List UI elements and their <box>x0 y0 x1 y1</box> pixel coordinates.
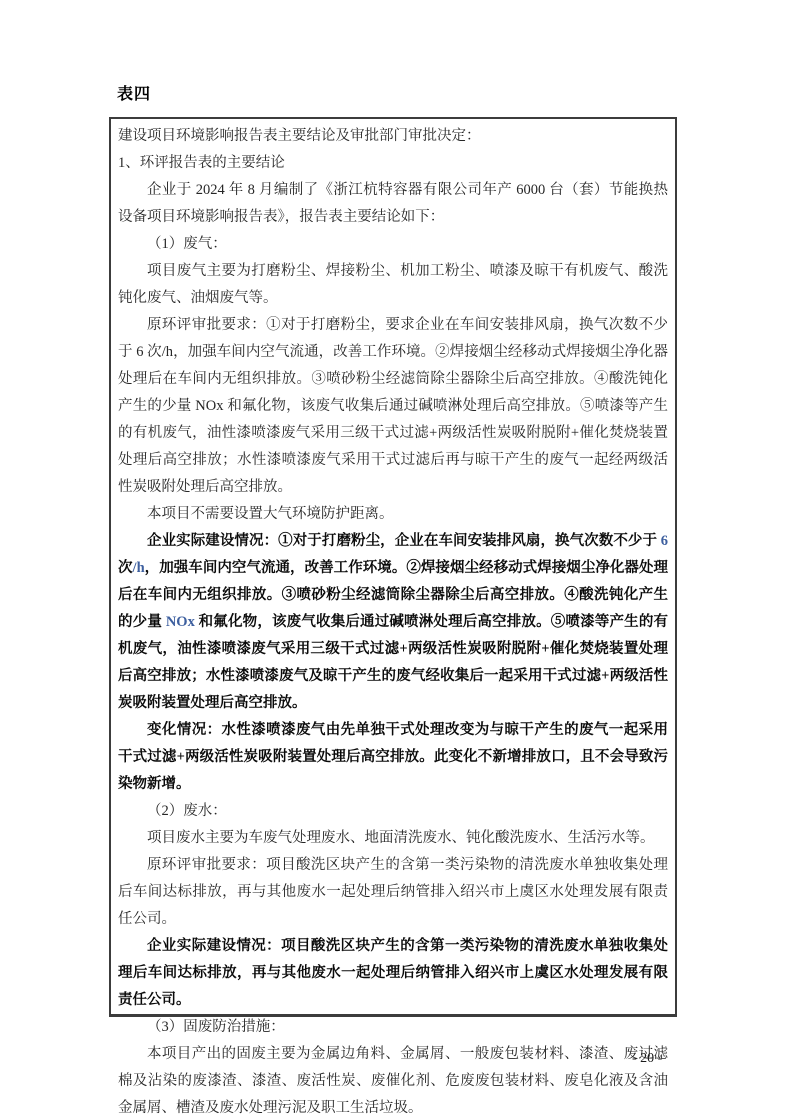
text-run: NOx <box>166 614 195 630</box>
page-number: - 20 - <box>632 1051 662 1067</box>
text-run: 次 <box>118 560 133 576</box>
change-situation: 变化情况：水性漆喷漆废气由先单独干式处理改变为与晾干产生的废气一起采用干式过滤+… <box>118 717 668 798</box>
waste-water-overview: 项目废水主要为车废气处理废水、地面清洗废水、钝化酸洗废水、生活污水等。 <box>118 825 668 852</box>
text-run: 建设项目环境影响报告表主要结论及审批部门审批决定： <box>118 128 481 144</box>
text-run: 企业实际建设情况：项目酸洗区块产生的含第一类污染物的清洗废水单独收集处理后车间达… <box>118 938 668 1008</box>
paragraph-container: 建设项目环境影响报告表主要结论及审批部门审批决定：1、环评报告表的主要结论企业于… <box>118 123 668 1115</box>
text-run: 企业于 2024 年 8 月编制了《浙江杭特容器有限公司年产 6000 台（套）… <box>118 182 668 225</box>
text-run: 项目废气主要为打磨粉尘、焊接粉尘、机加工粉尘、喷漆及晾干有机废气、酸洗钝化废气、… <box>118 263 668 306</box>
waste-water-actual-construction: 企业实际建设情况：项目酸洗区块产生的含第一类污染物的清洗废水单独收集处理后车间达… <box>118 933 668 1014</box>
solid-waste-heading: （3）固废防治措施： <box>118 1014 668 1041</box>
text-run: /h <box>133 560 145 576</box>
section-1-heading: 1、环评报告表的主要结论 <box>118 150 668 177</box>
text-run: 6 <box>661 533 668 549</box>
solid-waste-overview: 本项目产出的固废主要为金属边角料、金属屑、一般废包装材料、漆渣、废过滤棉及沾染的… <box>118 1041 668 1115</box>
waste-gas-overview: 项目废气主要为打磨粉尘、焊接粉尘、机加工粉尘、喷漆及晾干有机废气、酸洗钝化废气、… <box>118 258 668 312</box>
waste-gas-heading: （1）废气： <box>118 231 668 258</box>
document-page: 表四 建设项目环境影响报告表主要结论及审批部门审批决定：1、环评报告表的主要结论… <box>0 0 788 1115</box>
box-title-line: 建设项目环境影响报告表主要结论及审批部门审批决定： <box>118 123 668 150</box>
text-run: （1）废气： <box>147 236 227 252</box>
text-run: 本项目不需要设置大气环境防护距离。 <box>147 506 394 522</box>
text-run: 和氟化物，该废气收集后通过碱喷淋处理后高空排放。⑤喷漆等产生的有机废气，油性漆喷… <box>118 614 668 711</box>
text-run: 1、环评报告表的主要结论 <box>118 155 285 171</box>
text-run: （2）废水： <box>147 803 227 819</box>
text-run: 项目废水主要为车废气处理废水、地面清洗废水、钝化酸洗废水、生活污水等。 <box>147 830 655 846</box>
table-heading: 表四 <box>117 81 151 104</box>
text-run: 原环评审批要求：项目酸洗区块产生的含第一类污染物的清洗废水单独收集处理后车间达标… <box>118 857 668 927</box>
intro-paragraph: 企业于 2024 年 8 月编制了《浙江杭特容器有限公司年产 6000 台（套）… <box>118 177 668 231</box>
waste-gas-original-approval: 原环评审批要求：①对于打磨粉尘，要求企业在车间安装排风扇，换气次数不少于 6 次… <box>118 312 668 501</box>
report-conclusion-box: 建设项目环境影响报告表主要结论及审批部门审批决定：1、环评报告表的主要结论企业于… <box>109 117 677 1017</box>
text-run: 本项目产出的固废主要为金属边角料、金属屑、一般废包装材料、漆渣、废过滤棉及沾染的… <box>118 1046 668 1115</box>
text-run: 变化情况：水性漆喷漆废气由先单独干式处理改变为与晾干产生的废气一起采用干式过滤+… <box>118 722 668 792</box>
text-run: 企业实际建设情况：①对于打磨粉尘，企业在车间安装排风扇，换气次数不少于 <box>147 533 661 549</box>
text-run: （3）固废防治措施： <box>147 1019 285 1035</box>
protection-distance-note: 本项目不需要设置大气环境防护距离。 <box>118 501 668 528</box>
waste-gas-actual-construction: 企业实际建设情况：①对于打磨粉尘，企业在车间安装排风扇，换气次数不少于 6 次/… <box>118 528 668 717</box>
waste-water-original-approval: 原环评审批要求：项目酸洗区块产生的含第一类污染物的清洗废水单独收集处理后车间达标… <box>118 852 668 933</box>
waste-water-heading: （2）废水： <box>118 798 668 825</box>
text-run: 原环评审批要求：①对于打磨粉尘，要求企业在车间安装排风扇，换气次数不少于 6 次… <box>118 317 668 495</box>
